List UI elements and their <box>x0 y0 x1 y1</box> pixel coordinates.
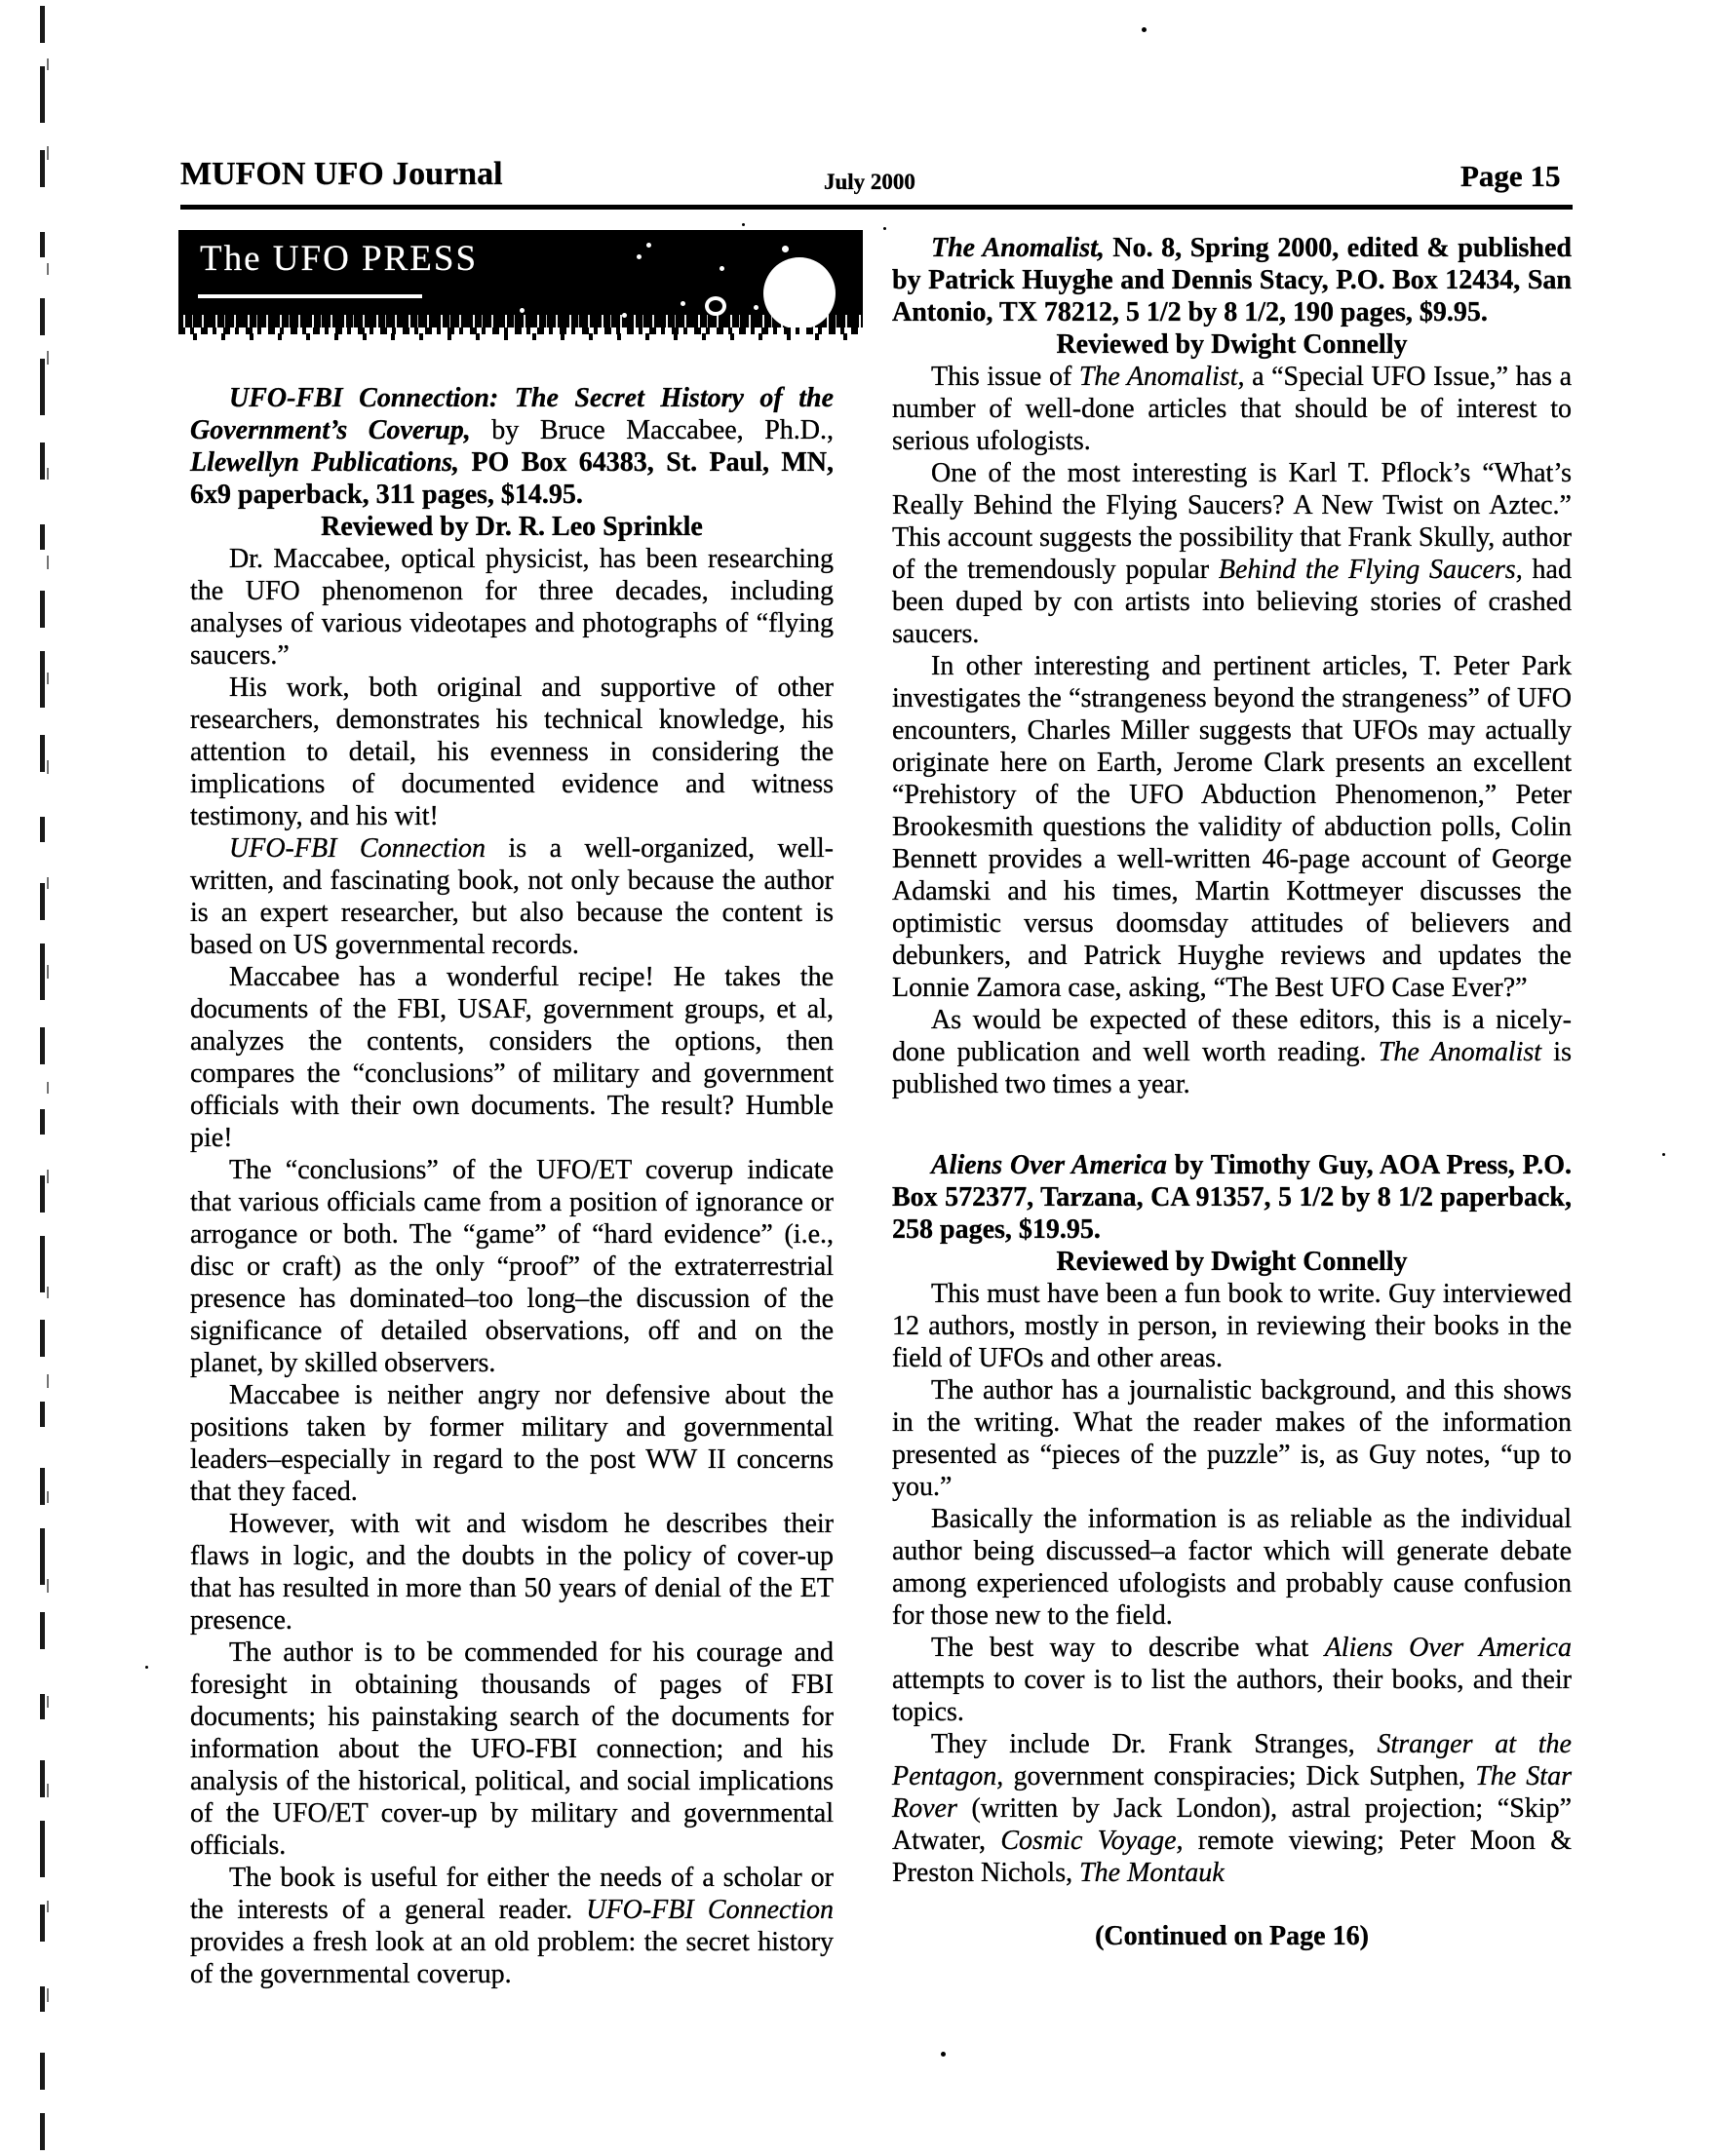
header-rule <box>180 205 1573 210</box>
review-paragraph: The best way to describe what Aliens Ove… <box>892 1632 1572 1728</box>
journal-title: MUFON UFO Journal <box>180 156 503 193</box>
right-column: The Anomalist, No. 8, Spring 2000, edite… <box>892 232 1572 1952</box>
reviewed-by-line: Reviewed by Dr. R. Leo Sprinkle <box>190 511 834 543</box>
scan-edge-artifact <box>40 6 45 2150</box>
review-paragraph: In other interesting and pertinent artic… <box>892 650 1572 1004</box>
banner-underline <box>198 294 422 298</box>
book-heading-ufo-fbi: UFO-FBI Connection: The Secret History o… <box>190 382 834 511</box>
page-number: Page 15 <box>1460 159 1560 194</box>
review-paragraph: One of the most interesting is Karl T. P… <box>892 457 1572 650</box>
scan-speckles <box>1142 27 1147 32</box>
left-column: UFO-FBI Connection: The Secret History o… <box>190 382 834 1990</box>
review-paragraph: Dr. Maccabee, optical physicist, has bee… <box>190 543 834 672</box>
review-paragraph: Maccabee has a wonderful recipe! He take… <box>190 961 834 1154</box>
banner-torn-edge <box>178 327 863 340</box>
banner-title: The UFO PRESS <box>200 238 478 280</box>
ufo-press-banner: The UFO PRESS <box>178 230 863 327</box>
review-paragraph: However, with wit and wisdom he describe… <box>190 1508 834 1636</box>
review-paragraph: The author is to be commended for his co… <box>190 1636 834 1862</box>
book-heading-anomalist: The Anomalist, No. 8, Spring 2000, edite… <box>892 232 1572 328</box>
issue-date: July 2000 <box>824 170 915 195</box>
scan-edge-artifact-secondary <box>47 58 49 2105</box>
review-paragraph: UFO-FBI Connection is a well-organized, … <box>190 832 834 961</box>
reviewed-by-line: Reviewed by Dwight Connelly <box>892 328 1572 361</box>
journal-page-scan: MUFON UFO Journal July 2000 Page 15 The … <box>0 0 1712 2156</box>
small-planet-icon <box>705 296 726 316</box>
review-paragraph: The “conclusions” of the UFO/ET coverup … <box>190 1154 834 1379</box>
book-heading-aliens-over-america: Aliens Over America by Timothy Guy, AOA … <box>892 1149 1572 1246</box>
banner-noise-edge <box>178 315 863 327</box>
review-paragraph: This issue of The Anomalist, a “Special … <box>892 361 1572 457</box>
reviewed-by-line: Reviewed by Dwight Connelly <box>892 1246 1572 1278</box>
review-paragraph: The book is useful for either the needs … <box>190 1862 834 1990</box>
stars-icon <box>637 254 642 259</box>
review-paragraph: The author has a journalistic background… <box>892 1374 1572 1503</box>
continued-notice: (Continued on Page 16) <box>892 1920 1572 1952</box>
review-paragraph: Basically the information is as reliable… <box>892 1503 1572 1632</box>
review-paragraph: They include Dr. Frank Stranges, Strange… <box>892 1728 1572 1889</box>
review-paragraph: This must have been a fun book to write.… <box>892 1278 1572 1374</box>
review-paragraph: As would be expected of these editors, t… <box>892 1004 1572 1100</box>
review-paragraph: Maccabee is neither angry nor defensive … <box>190 1379 834 1508</box>
review-paragraph: His work, both original and supportive o… <box>190 672 834 832</box>
